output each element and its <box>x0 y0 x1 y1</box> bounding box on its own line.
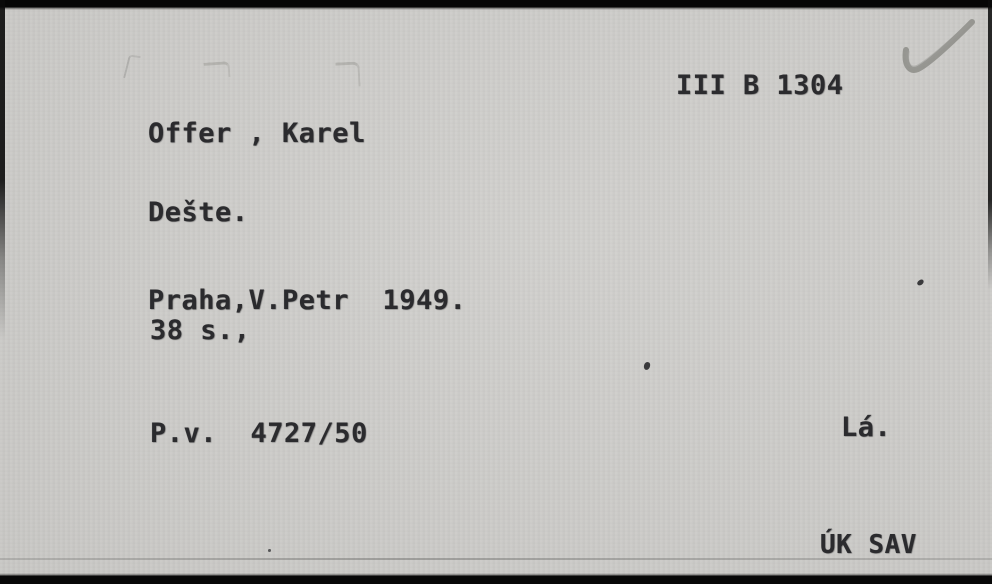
library-stamp: ÚK SAV <box>820 532 917 558</box>
call-number: III B 1304 <box>676 72 844 99</box>
imprint-line: Praha,V.Petr 1949. <box>148 287 466 314</box>
book-title: Dešte. <box>148 199 249 226</box>
scan-edge-top <box>0 0 992 10</box>
ink-speck <box>268 549 271 552</box>
scan-edge-bottom <box>0 573 992 584</box>
cataloger-initials: Lá. <box>841 414 891 441</box>
author-heading: Offer , Karel <box>148 120 366 147</box>
scan-edge-left <box>0 0 5 340</box>
accession-number: P.v. 4727/50 <box>150 420 368 447</box>
collation-line: 38 s., <box>150 317 251 344</box>
pencil-smudge <box>335 61 360 87</box>
ink-speck <box>916 279 925 287</box>
catalog-card-scan: III B 1304 Offer , Karel Dešte. Praha,V.… <box>0 0 992 584</box>
scan-edge-right <box>988 0 992 290</box>
pencil-smudge <box>203 61 230 79</box>
pencil-smudge <box>123 54 141 79</box>
ink-speck <box>643 361 651 370</box>
pencil-checkmark-icon <box>896 16 984 88</box>
